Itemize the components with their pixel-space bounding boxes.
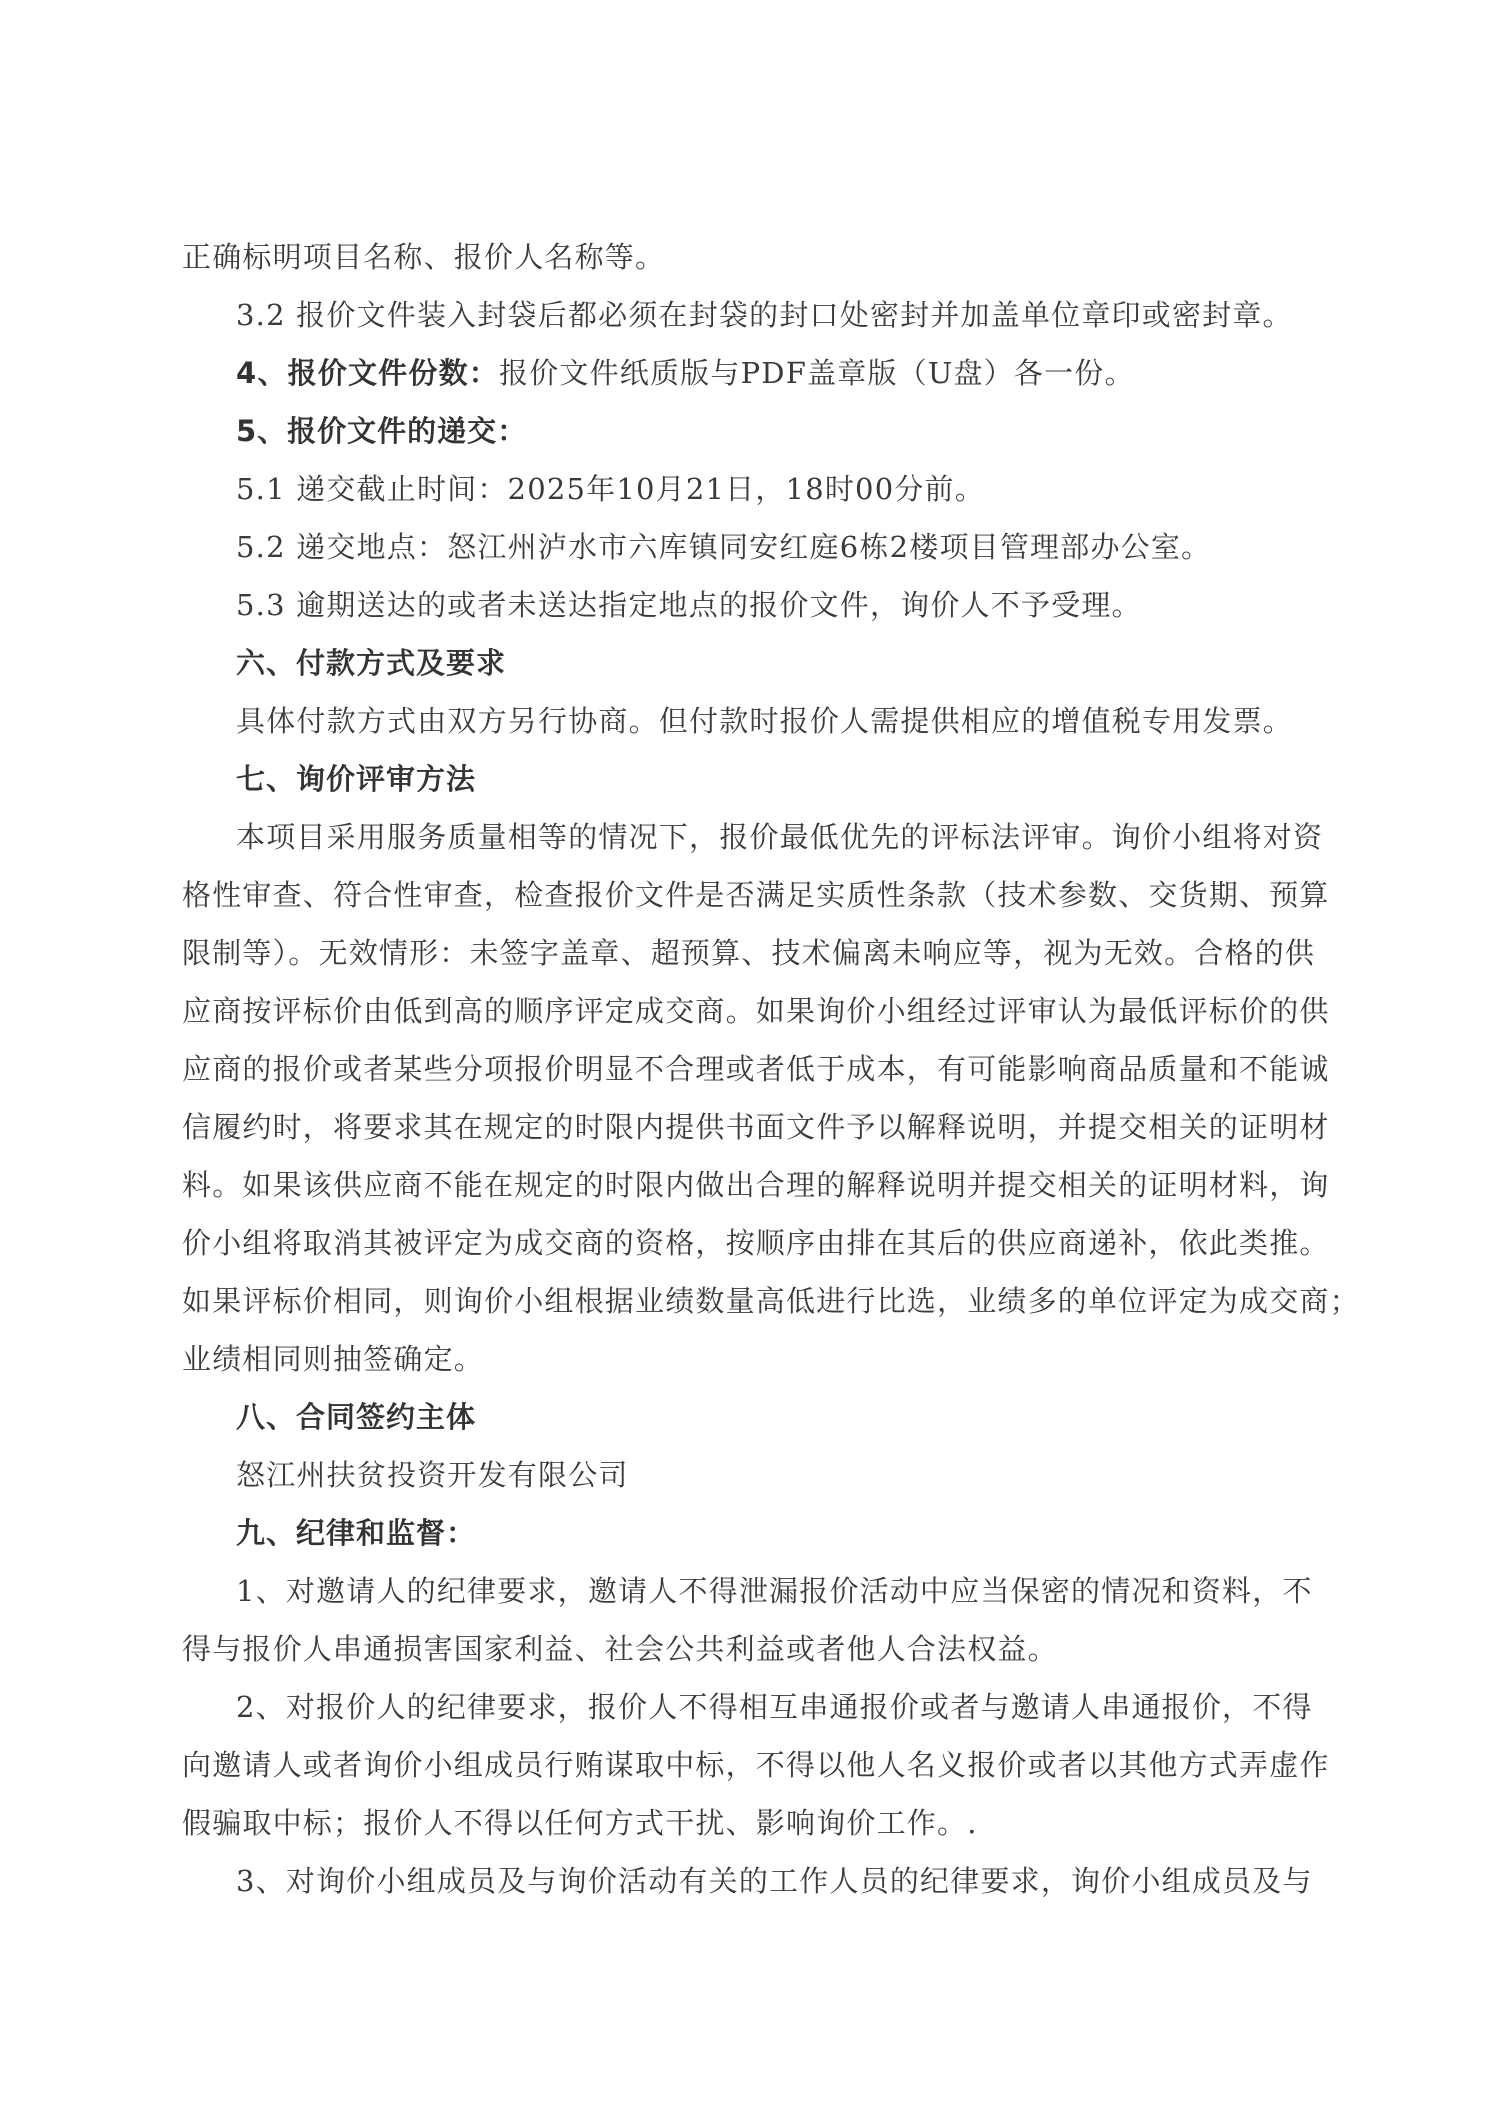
- item-5-3: 5.3 逾期送达的或者未送达指定地点的报价文件，询价人不予受理。: [182, 576, 1306, 634]
- section-7-title: 七、询价评审方法: [182, 750, 1306, 808]
- clause-line: 得与报价人串通损害国家利益、社会公共利益或者他人合法权益。: [182, 1620, 1306, 1678]
- clause-line: 向邀请人或者询价小组成员行贿谋取中标，不得以他人名义报价或者以其他方式弄虚作: [182, 1736, 1306, 1794]
- item-5-2: 5.2 递交地点：怒江州泸水市六库镇同安红庭6栋2楼项目管理部办公室。: [182, 518, 1306, 576]
- paragraph-line: 业绩相同则抽签确定。: [182, 1330, 1306, 1388]
- clause-line: 2、对报价人的纪律要求，报价人不得相互串通报价或者与邀请人串通报价，不得: [182, 1678, 1306, 1736]
- paragraph-line: 价小组将取消其被评定为成交商的资格，按顺序由排在其后的供应商递补，依此类推。: [182, 1214, 1306, 1272]
- item-3-2: 3.2 报价文件装入封袋后都必须在封袋的封口处密封并加盖单位章印或密封章。: [182, 286, 1306, 344]
- clause-2: 2、对报价人的纪律要求，报价人不得相互串通报价或者与邀请人串通报价，不得 向邀请…: [182, 1678, 1306, 1852]
- section-5-title: 5、报价文件的递交：: [182, 402, 1306, 460]
- paragraph-line: 限制等）。无效情形：未签字盖章、超预算、技术偏离未响应等，视为无效。合格的供: [182, 924, 1306, 982]
- paragraph-line: 本项目采用服务质量相等的情况下，报价最低优先的评标法评审。询价小组将对资: [182, 808, 1306, 866]
- section-4-text: 报价文件纸质版与PDF盖章版（U盘）各一份。: [499, 356, 1135, 390]
- paragraph-line: 信履约时，将要求其在规定的时限内提供书面文件予以解释说明，并提交相关的证明材: [182, 1098, 1306, 1156]
- section-4: 4、报价文件份数：报价文件纸质版与PDF盖章版（U盘）各一份。: [182, 344, 1306, 402]
- continuation-line: 正确标明项目名称、报价人名称等。: [182, 228, 1306, 286]
- document-page: 正确标明项目名称、报价人名称等。 3.2 报价文件装入封袋后都必须在封袋的封口处…: [182, 228, 1306, 1910]
- section-4-title: 4、报价文件份数：: [236, 356, 499, 390]
- section-9-title: 九、纪律和监督：: [182, 1504, 1306, 1562]
- clause-line: 1、对邀请人的纪律要求，邀请人不得泄漏报价活动中应当保密的情况和资料，不: [182, 1562, 1306, 1620]
- item-5-1: 5.1 递交截止时间：2025年10月21日，18时00分前。: [182, 460, 1306, 518]
- section-8-title: 八、合同签约主体: [182, 1388, 1306, 1446]
- paragraph-line: 料。如果该供应商不能在规定的时限内做出合理的解释说明并提交相关的证明材料，询: [182, 1156, 1306, 1214]
- clause-1: 1、对邀请人的纪律要求，邀请人不得泄漏报价活动中应当保密的情况和资料，不 得与报…: [182, 1562, 1306, 1678]
- paragraph-line: 应商按评标价由低到高的顺序评定成交商。如果询价小组经过评审认为最低评标价的供: [182, 982, 1306, 1040]
- paragraph-line: 如果评标价相同，则询价小组根据业绩数量高低进行比选，业绩多的单位评定为成交商；: [182, 1272, 1306, 1330]
- clause-3: 3、对询价小组成员及与询价活动有关的工作人员的纪律要求，询价小组成员及与: [182, 1852, 1306, 1910]
- section-6-text: 具体付款方式由双方另行协商。但付款时报价人需提供相应的增值税专用发票。: [182, 692, 1306, 750]
- section-8-text: 怒江州扶贫投资开发有限公司: [182, 1446, 1306, 1504]
- paragraph-line: 格性审查、符合性审查，检查报价文件是否满足实质性条款（技术参数、交货期、预算: [182, 866, 1306, 924]
- section-6-title: 六、付款方式及要求: [182, 634, 1306, 692]
- clause-line: 3、对询价小组成员及与询价活动有关的工作人员的纪律要求，询价小组成员及与: [182, 1852, 1306, 1910]
- section-7-paragraph: 本项目采用服务质量相等的情况下，报价最低优先的评标法评审。询价小组将对资 格性审…: [182, 808, 1306, 1388]
- paragraph-line: 应商的报价或者某些分项报价明显不合理或者低于成本，有可能影响商品质量和不能诚: [182, 1040, 1306, 1098]
- clause-line: 假骗取中标；报价人不得以任何方式干扰、影响询价工作。.: [182, 1794, 1306, 1852]
